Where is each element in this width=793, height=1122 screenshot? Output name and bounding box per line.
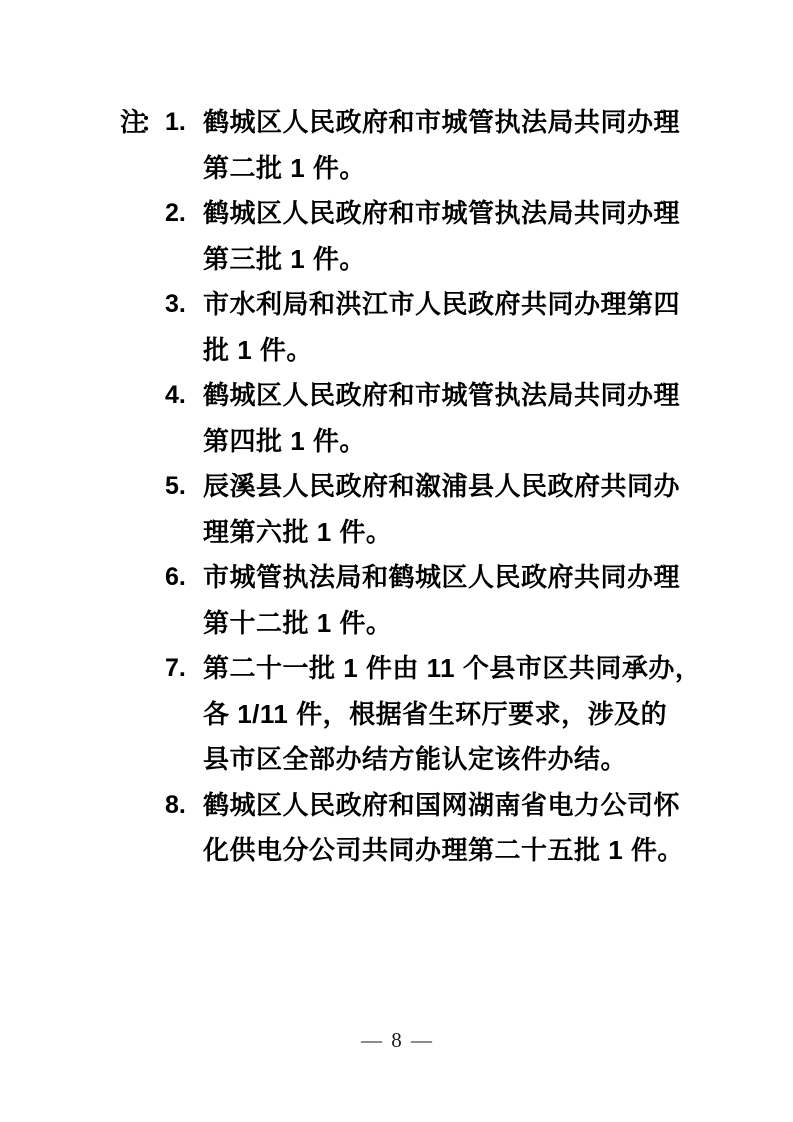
list-item-text: 第二十一批 1 件由 11 个县市区共同承办， 各 1/11 件，根据省生环厅要… <box>203 646 701 783</box>
note-line: 鹤城区人民政府和市城管执法局共同办理 <box>203 100 680 146</box>
notes-block: 注： 1. 鹤城区人民政府和市城管执法局共同办理 第二批 1 件。 2. 鹤城区… <box>120 100 701 874</box>
note-line: 各 1/11 件，根据省生环厅要求，涉及的 <box>203 692 701 738</box>
list-item: 4. 鹤城区人民政府和市城管执法局共同办理 第四批 1 件。 <box>165 373 701 464</box>
note-items: 1. 鹤城区人民政府和市城管执法局共同办理 第二批 1 件。 2. 鹤城区人民政… <box>165 100 701 874</box>
list-item-number: 3. <box>165 282 203 328</box>
list-item-text: 鹤城区人民政府和国网湖南省电力公司怀 化供电分公司共同办理第二十五批 1 件。 <box>203 783 684 874</box>
note-line: 理第六批 1 件。 <box>203 510 680 556</box>
page-number: — 8 — <box>0 1026 793 1054</box>
list-item-text: 鹤城区人民政府和市城管执法局共同办理 第三批 1 件。 <box>203 191 680 282</box>
note-line: 市城管执法局和鹤城区人民政府共同办理 <box>203 555 680 601</box>
list-item-number: 6. <box>165 555 203 601</box>
list-item-text: 鹤城区人民政府和市城管执法局共同办理 第二批 1 件。 <box>203 100 680 191</box>
list-item: 8. 鹤城区人民政府和国网湖南省电力公司怀 化供电分公司共同办理第二十五批 1 … <box>165 783 701 874</box>
note-line: 化供电分公司共同办理第二十五批 1 件。 <box>203 828 684 874</box>
note-line: 鹤城区人民政府和市城管执法局共同办理 <box>203 373 680 419</box>
list-item-number: 2. <box>165 191 203 237</box>
list-item-text: 市水利局和洪江市人民政府共同办理第四 批 1 件。 <box>203 282 680 373</box>
list-item-number: 1. <box>165 100 203 146</box>
document-page: 注： 1. 鹤城区人民政府和市城管执法局共同办理 第二批 1 件。 2. 鹤城区… <box>0 0 793 1122</box>
note-line: 市水利局和洪江市人民政府共同办理第四 <box>203 282 680 328</box>
list-item: 6. 市城管执法局和鹤城区人民政府共同办理 第十二批 1 件。 <box>165 555 701 646</box>
note-line: 鹤城区人民政府和国网湖南省电力公司怀 <box>203 783 684 829</box>
list-item-number: 7. <box>165 646 203 692</box>
note-line: 第十二批 1 件。 <box>203 601 680 647</box>
note-line: 第四批 1 件。 <box>203 419 680 465</box>
note-line: 第二批 1 件。 <box>203 146 680 192</box>
list-item: 5. 辰溪县人民政府和溆浦县人民政府共同办 理第六批 1 件。 <box>165 464 701 555</box>
list-item: 3. 市水利局和洪江市人民政府共同办理第四 批 1 件。 <box>165 282 701 373</box>
list-item-number: 4. <box>165 373 203 419</box>
list-item-text: 辰溪县人民政府和溆浦县人民政府共同办 理第六批 1 件。 <box>203 464 680 555</box>
list-item: 2. 鹤城区人民政府和市城管执法局共同办理 第三批 1 件。 <box>165 191 701 282</box>
list-item: 7. 第二十一批 1 件由 11 个县市区共同承办， 各 1/11 件，根据省生… <box>165 646 701 783</box>
list-item: 1. 鹤城区人民政府和市城管执法局共同办理 第二批 1 件。 <box>165 100 701 191</box>
note-line: 辰溪县人民政府和溆浦县人民政府共同办 <box>203 464 680 510</box>
list-item-number: 8. <box>165 783 203 829</box>
note-line: 第二十一批 1 件由 11 个县市区共同承办， <box>203 646 701 692</box>
note-line: 第三批 1 件。 <box>203 237 680 283</box>
list-item-text: 市城管执法局和鹤城区人民政府共同办理 第十二批 1 件。 <box>203 555 680 646</box>
list-item-number: 5. <box>165 464 203 510</box>
note-line: 鹤城区人民政府和市城管执法局共同办理 <box>203 191 680 237</box>
list-item-text: 鹤城区人民政府和市城管执法局共同办理 第四批 1 件。 <box>203 373 680 464</box>
note-line: 批 1 件。 <box>203 328 680 374</box>
note-line: 县市区全部办结方能认定该件办结。 <box>203 737 701 783</box>
note-label: 注： <box>120 100 165 146</box>
